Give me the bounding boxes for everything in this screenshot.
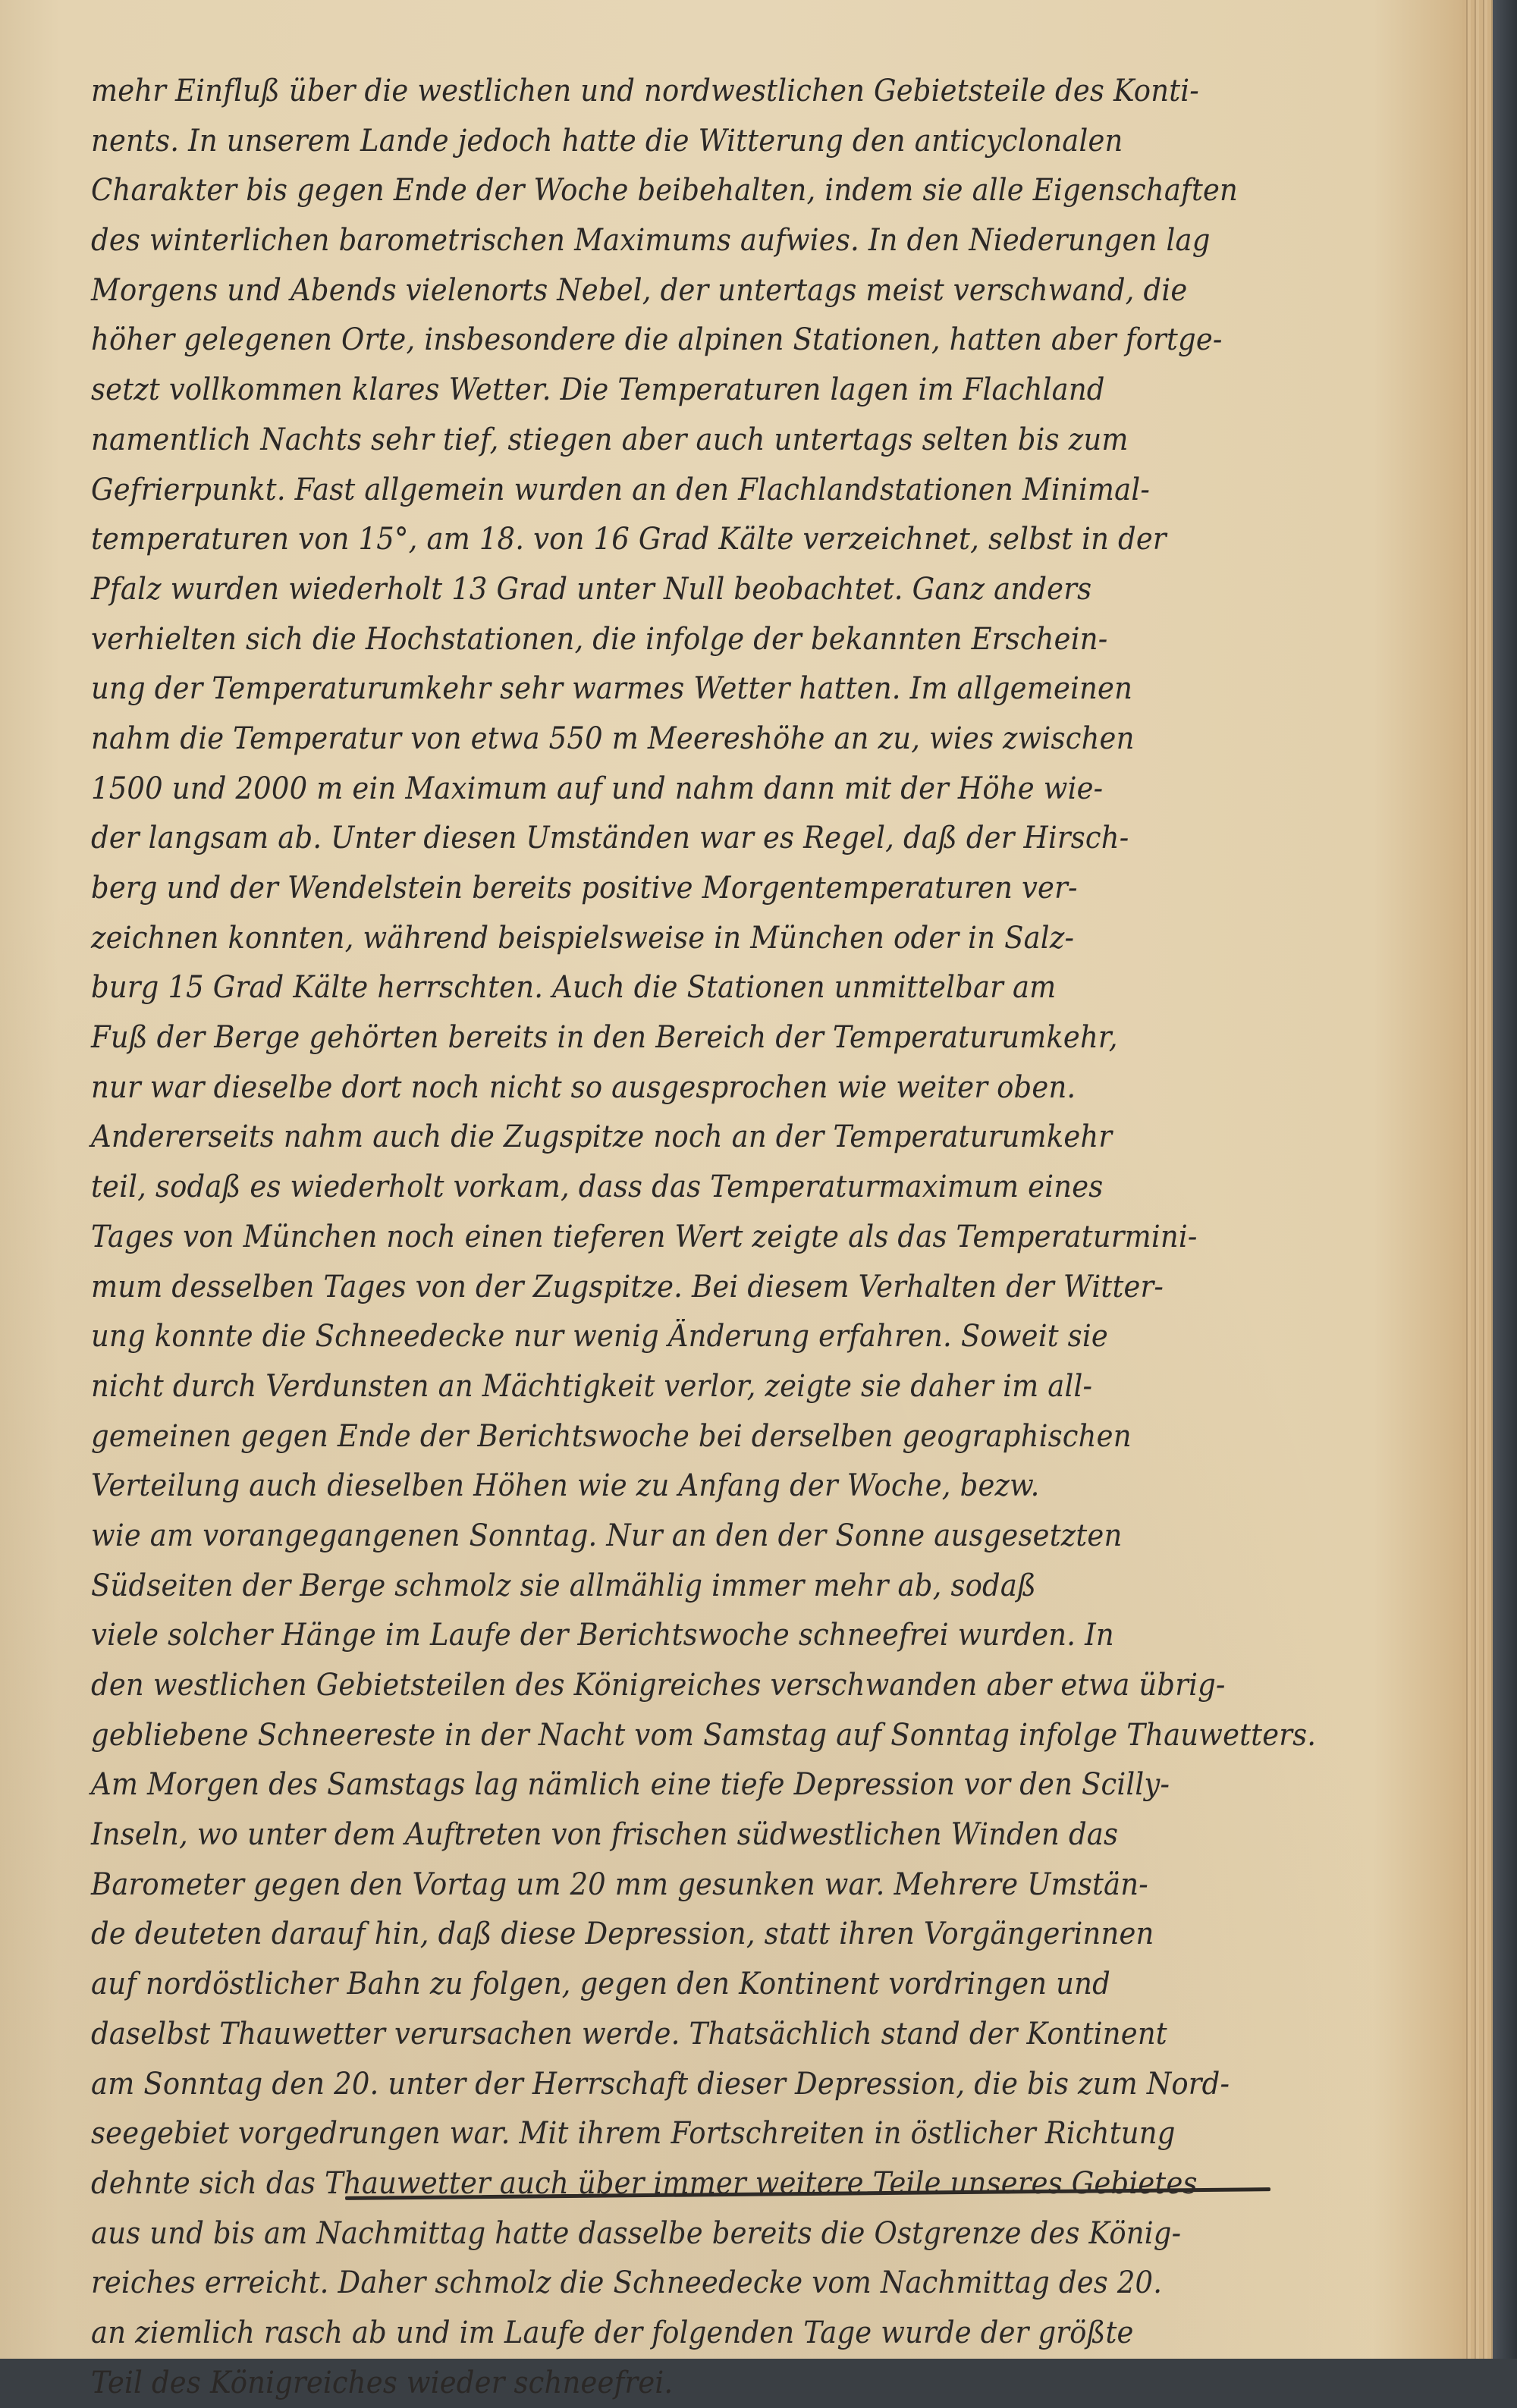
text-line: Tages von München noch einen tieferen We… (91, 1213, 1380, 1263)
document-page: mehr Einfluß über die westlichen und nor… (0, 0, 1493, 2359)
text-line: Charakter bis gegen Ende der Woche beibe… (91, 166, 1380, 216)
book-binding (1493, 0, 1517, 2359)
text-line: Fuß der Berge gehörten bereits in den Be… (91, 1013, 1380, 1063)
text-line: mum desselben Tages von der Zugspitze. B… (91, 1263, 1380, 1313)
handwritten-text-block: mehr Einfluß über die westlichen und nor… (91, 67, 1487, 2359)
text-line: Andererseits nahm auch die Zugspitze noc… (91, 1113, 1380, 1163)
text-line: teil, sodaß es wiederholt vorkam, dass d… (91, 1163, 1380, 1213)
text-line: nicht durch Verdunsten an Mächtigkeit ve… (91, 1362, 1380, 1412)
text-line: nents. In unserem Lande jedoch hatte die… (91, 117, 1380, 167)
text-line: wie am vorangegangenen Sonntag. Nur an d… (91, 1512, 1380, 1562)
text-line: der langsam ab. Unter diesen Umständen w… (91, 814, 1380, 864)
text-line: Inseln, wo unter dem Auftreten von frisc… (91, 1810, 1380, 1860)
text-line: Morgens und Abends vielenorts Nebel, der… (91, 266, 1380, 316)
text-line: Am Morgen des Samstags lag nämlich eine … (91, 1760, 1380, 1810)
text-line: mehr Einfluß über die westlichen und nor… (91, 67, 1380, 117)
text-line: nur war dieselbe dort noch nicht so ausg… (91, 1063, 1380, 1113)
text-line: am Sonntag den 20. unter der Herrschaft … (91, 2060, 1380, 2110)
text-line: des winterlichen barometrischen Maximums… (91, 216, 1380, 266)
text-line: Gefrierpunkt. Fast allgemein wurden an d… (91, 466, 1380, 516)
text-line: seegebiet vorgedrungen war. Mit ihrem Fo… (91, 2109, 1380, 2159)
text-line: an ziemlich rasch ab und im Laufe der fo… (91, 2309, 1380, 2359)
text-line: berg und der Wendelstein bereits positiv… (91, 864, 1380, 914)
text-line: reiches erreicht. Daher schmolz die Schn… (91, 2259, 1380, 2309)
text-line: Südseiten der Berge schmolz sie allmähli… (91, 1562, 1380, 1612)
text-line: ung der Temperaturumkehr sehr warmes Wet… (91, 664, 1380, 714)
text-line: Barometer gegen den Vortag um 20 mm gesu… (91, 1860, 1380, 1910)
text-line: 1500 und 2000 m ein Maximum auf und nahm… (91, 764, 1380, 815)
text-line: viele solcher Hänge im Laufe der Bericht… (91, 1611, 1380, 1661)
text-line: höher gelegenen Orte, insbesondere die a… (91, 316, 1380, 366)
text-line: temperaturen von 15°, am 18. von 16 Grad… (91, 515, 1380, 565)
text-line: Verteilung auch dieselben Höhen wie zu A… (91, 1461, 1380, 1512)
text-line: ung konnte die Schneedecke nur wenig Änd… (91, 1312, 1380, 1362)
text-line: zeichnen konnten, während beispielsweise… (91, 914, 1380, 964)
text-line: nahm die Temperatur von etwa 550 m Meere… (91, 714, 1380, 764)
text-line: burg 15 Grad Kälte herrschten. Auch die … (91, 963, 1380, 1013)
text-line: Pfalz wurden wiederholt 13 Grad unter Nu… (91, 565, 1380, 615)
text-line: daselbst Thauwetter verursachen werde. T… (91, 2010, 1380, 2060)
text-line: gemeinen gegen Ende der Berichtswoche be… (91, 1412, 1380, 1462)
text-line: gebliebene Schneereste in der Nacht vom … (91, 1711, 1380, 1761)
text-line: aus und bis am Nachmittag hatte dasselbe… (91, 2209, 1380, 2259)
text-line: auf nordöstlicher Bahn zu folgen, gegen … (91, 1960, 1380, 2010)
text-line: de deuteten darauf hin, daß diese Depres… (91, 1910, 1380, 1960)
text-line: setzt vollkommen klares Wetter. Die Temp… (91, 366, 1380, 416)
text-line: verhielten sich die Hochstationen, die i… (91, 615, 1380, 665)
text-line: den westlichen Gebietsteilen des Königre… (91, 1661, 1380, 1711)
text-line: namentlich Nachts sehr tief, stiegen abe… (91, 416, 1380, 466)
text-line: dehnte sich das Thauwetter auch über imm… (91, 2159, 1380, 2209)
